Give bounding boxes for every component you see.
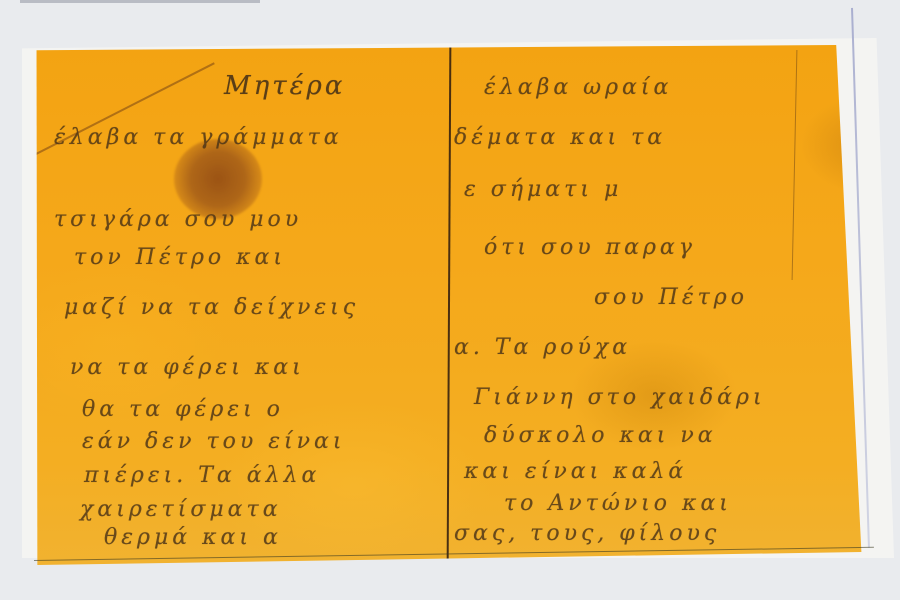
center-fold-line	[447, 45, 452, 565]
handwriting-line: εάν δεν του είναι	[82, 429, 346, 454]
handwriting-line: σου Πέτρο	[594, 285, 748, 310]
handwriting-line: μαζί να τα δείχνεις	[64, 295, 359, 320]
letter-paper: Μητέρα έλαβα τα γράμματα τσιγάρα σου μου…	[34, 45, 874, 565]
handwriting-line: δέματα και τα	[454, 125, 666, 150]
handwriting-line: δύσκολο και να	[484, 423, 717, 448]
right-margin-line	[792, 50, 798, 280]
handwriting-line: α. Τα ρούχα	[454, 335, 631, 360]
handwriting-line: έλαβα ωραία	[484, 75, 672, 100]
handwriting-line: ότι σου παραγ	[484, 235, 696, 260]
handwriting-line: σας, τους, φίλους	[454, 521, 720, 546]
handwriting-line: χαιρετίσματα	[80, 497, 282, 522]
handwriting-line: ε σήματι μ	[464, 177, 622, 202]
handwriting-line: το Αντώνιο και	[504, 491, 732, 516]
handwriting-line: να τα φέρει και	[70, 355, 305, 380]
handwriting-line: τον Πέτρο και	[74, 245, 286, 270]
handwriting-line: Γιάννη στο χαιδάρι	[474, 385, 766, 410]
background-object-edge	[20, 0, 260, 3]
handwriting-line: θα τα φέρει ο	[82, 397, 284, 422]
handwriting-line: Μητέρα	[224, 71, 345, 101]
handwriting-line: θερμά και α	[104, 525, 282, 550]
handwriting-line: τσιγάρα σου μου	[54, 207, 302, 232]
handwriting-line: πιέρει. Τα άλλα	[84, 463, 320, 488]
handwriting-line: έλαβα τα γράμματα	[54, 125, 343, 150]
handwriting-line: και είναι καλά	[464, 459, 687, 484]
